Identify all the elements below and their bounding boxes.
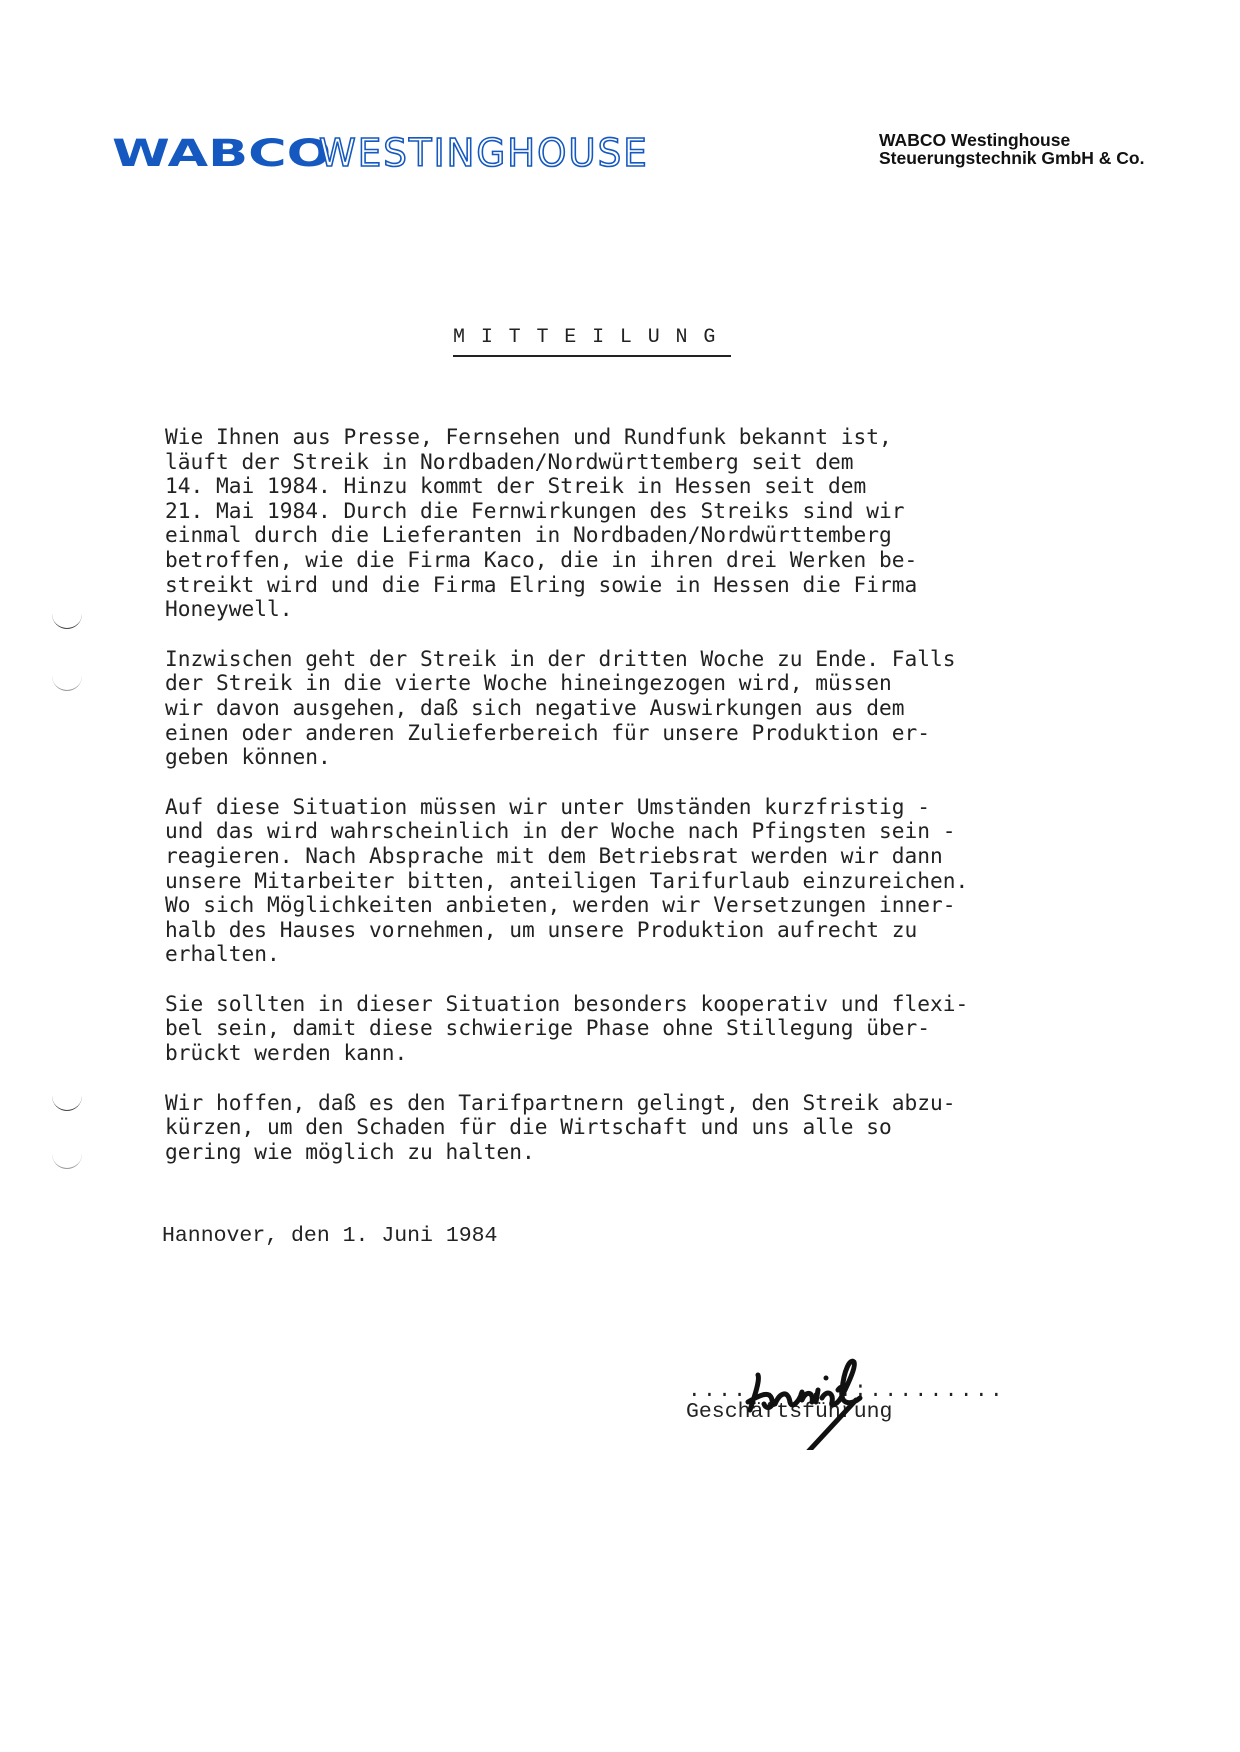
- text-line: streikt wird und die Firma Elring sowie …: [165, 574, 1111, 599]
- text-line: halb des Hauses vornehmen, um unsere Pro…: [165, 919, 1111, 944]
- text-line: wir davon ausgehen, daß sich negative Au…: [165, 697, 1111, 722]
- text-line: betroffen, wie die Firma Kaco, die in ih…: [165, 549, 1111, 574]
- title-letter: I: [592, 326, 620, 349]
- paragraph: Inzwischen geht der Streik in der dritte…: [165, 648, 1111, 771]
- title-letter: I: [481, 326, 509, 349]
- punch-hole-mark: [52, 1154, 82, 1169]
- text-line: geben können.: [165, 746, 1111, 771]
- paragraph: Sie sollten in dieser Situation besonder…: [165, 993, 1111, 1067]
- text-line: 21. Mai 1984. Durch die Fernwirkungen de…: [165, 500, 1111, 525]
- company-name-line2: Steuerungstechnik GmbH & Co.: [879, 149, 1144, 167]
- company-address-block: WABCO Westinghouse Steuerungstechnik Gmb…: [879, 131, 1144, 167]
- text-line: 14. Mai 1984. Hinzu kommt der Streik in …: [165, 475, 1111, 500]
- text-line: Sie sollten in dieser Situation besonder…: [165, 993, 1111, 1018]
- text-line: bel sein, damit diese schwierige Phase o…: [165, 1017, 1111, 1042]
- text-line: läuft der Streik in Nordbaden/Nordwürtte…: [165, 451, 1111, 476]
- title-letter: E: [564, 326, 592, 349]
- title-letter: T: [509, 326, 537, 349]
- punch-hole-mark: [52, 676, 82, 691]
- paragraph: Auf diese Situation müssen wir unter Ums…: [165, 796, 1111, 968]
- text-line: Auf diese Situation müssen wir unter Ums…: [165, 796, 1111, 821]
- text-line: brückt werden kann.: [165, 1042, 1111, 1067]
- company-logo: WABCO WESTINGHOUSE: [112, 132, 655, 174]
- company-name-line1: WABCO Westinghouse: [879, 131, 1144, 149]
- logo-westinghouse: WESTINGHOUSE: [319, 131, 649, 175]
- title-letter: U: [648, 326, 676, 349]
- handwritten-signature: [730, 1340, 950, 1450]
- title-letter: T: [536, 326, 564, 349]
- paragraph: Wie Ihnen aus Presse, Fernsehen und Rund…: [165, 426, 1111, 623]
- text-line: Wir hoffen, daß es den Tarifpartnern gel…: [165, 1092, 1111, 1117]
- title-letter: L: [620, 326, 648, 349]
- text-line: und das wird wahrscheinlich in der Woche…: [165, 820, 1111, 845]
- text-line: gering wie möglich zu halten.: [165, 1141, 1111, 1166]
- title-letter: N: [676, 326, 704, 349]
- title-letter: G: [703, 326, 731, 349]
- punch-hole-mark: [52, 614, 82, 629]
- text-line: Wo sich Möglichkeiten anbieten, werden w…: [165, 894, 1111, 919]
- text-line: kürzen, um den Schaden für die Wirtschaf…: [165, 1116, 1111, 1141]
- text-line: Honeywell.: [165, 598, 1111, 623]
- text-line: einen oder anderen Zulieferbereich für u…: [165, 722, 1111, 747]
- text-line: unsere Mitarbeiter bitten, anteiligen Ta…: [165, 870, 1111, 895]
- letter-body: Wie Ihnen aus Presse, Fernsehen und Rund…: [165, 426, 1111, 1190]
- place-date: Hannover, den 1. Juni 1984: [162, 1224, 497, 1248]
- title-letter: M: [453, 326, 481, 349]
- text-line: reagieren. Nach Absprache mit dem Betrie…: [165, 845, 1111, 870]
- text-line: erhalten.: [165, 943, 1111, 968]
- text-line: Wie Ihnen aus Presse, Fernsehen und Rund…: [165, 426, 1111, 451]
- text-line: einmal durch die Lieferanten in Nordbade…: [165, 524, 1111, 549]
- document-title: MITTEILUNG: [453, 326, 731, 357]
- text-line: der Streik in die vierte Woche hineingez…: [165, 672, 1111, 697]
- text-line: Inzwischen geht der Streik in der dritte…: [165, 648, 1111, 673]
- paragraph: Wir hoffen, daß es den Tarifpartnern gel…: [165, 1092, 1111, 1166]
- punch-hole-mark: [52, 1096, 82, 1111]
